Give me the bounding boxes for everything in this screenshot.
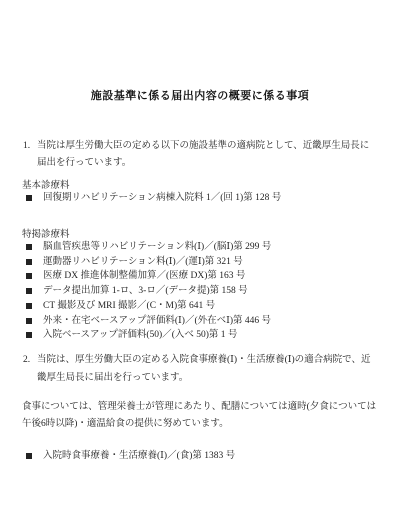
document-title: 施設基準に係る届出内容の概要に係る事項 xyxy=(0,87,400,103)
list-item-text: 脳血管疾患等リハビリテーション料(Ⅰ)／(脳Ⅰ)第 299 号 xyxy=(43,240,271,255)
bullet-square-icon xyxy=(26,303,32,309)
meal-service-note: 食事については、管理栄養士が管理にあたり、配膳については適時(夕食については午後… xyxy=(22,399,380,432)
list-item: 入院時食事療養・生活療養(Ⅰ)／(食)第 1383 号 xyxy=(26,449,380,464)
bullet-square-icon xyxy=(26,244,32,250)
numbered-paragraph-1: 1. 当院は厚生労働大臣の定める以下の施設基準の適病院として、近畿厚生局長に届出… xyxy=(23,138,378,172)
bullet-square-icon xyxy=(26,195,32,201)
food-fees-list: 入院時食事療養・生活療養(Ⅰ)／(食)第 1383 号 xyxy=(26,449,380,464)
bullet-square-icon xyxy=(26,259,32,265)
special-fees-list: 脳血管疾患等リハビリテーション料(Ⅰ)／(脳Ⅰ)第 299 号 運動器リハビリテ… xyxy=(26,240,380,343)
list-item: 回復期リハビリテーション病棟入院料 1／(回 1)第 128 号 xyxy=(26,191,380,206)
document-page: 施設基準に係る届出内容の概要に係る事項 1. 当院は厚生労働大臣の定める以下の施… xyxy=(0,0,400,528)
paragraph-text: 当院は、厚生労働大臣の定める入院食事療養(Ⅰ)・生活療養(Ⅰ)の適合病院で、近畿… xyxy=(37,351,378,387)
list-item-text: 入院時食事療養・生活療養(Ⅰ)／(食)第 1383 号 xyxy=(43,449,235,464)
list-item-text: 外来・在宅ベースアップ評価料(Ⅰ)／(外在ベⅠ)第 446 号 xyxy=(43,314,271,329)
list-item-text: 入院ベースアップ評価料(50)／(入べ 50)第 1 号 xyxy=(43,328,237,343)
list-item: 外来・在宅ベースアップ評価料(Ⅰ)／(外在ベⅠ)第 446 号 xyxy=(26,314,380,329)
list-item: データ提出加算 1-ロ、3-ロ／(データ提)第 158 号 xyxy=(26,284,380,299)
list-item-text: CT 撮影及び MRI 撮影／(C・M)第 641 号 xyxy=(43,299,215,314)
paragraph-text: 当院は厚生労働大臣の定める以下の施設基準の適病院として、近畿厚生局長に届出を行っ… xyxy=(37,138,378,172)
paragraph-number: 1. xyxy=(23,138,37,172)
list-item: 運動器リハビリテーション料(Ⅰ)／(運Ⅰ)第 321 号 xyxy=(26,255,380,270)
list-item: 入院ベースアップ評価料(50)／(入べ 50)第 1 号 xyxy=(26,328,380,343)
bullet-square-icon xyxy=(26,273,32,279)
list-item-text: 回復期リハビリテーション病棟入院料 1／(回 1)第 128 号 xyxy=(43,191,281,206)
list-item-text: データ提出加算 1-ロ、3-ロ／(データ提)第 158 号 xyxy=(43,284,248,299)
bullet-square-icon xyxy=(26,453,32,459)
list-item-text: 医療 DX 推進体制整備加算／(医療 DX)第 163 号 xyxy=(43,269,245,284)
list-item: 脳血管疾患等リハビリテーション料(Ⅰ)／(脳Ⅰ)第 299 号 xyxy=(26,240,380,255)
numbered-paragraph-2: 2. 当院は、厚生労働大臣の定める入院食事療養(Ⅰ)・生活療養(Ⅰ)の適合病院で… xyxy=(23,351,378,387)
section-heading-special-fees: 特掲診療料 xyxy=(22,226,70,240)
basic-fees-list: 回復期リハビリテーション病棟入院料 1／(回 1)第 128 号 xyxy=(26,191,380,206)
section-heading-basic-fees: 基本診療料 xyxy=(22,177,70,191)
list-item: CT 撮影及び MRI 撮影／(C・M)第 641 号 xyxy=(26,299,380,314)
bullet-square-icon xyxy=(26,288,32,294)
bullet-square-icon xyxy=(26,332,32,338)
list-item-text: 運動器リハビリテーション料(Ⅰ)／(運Ⅰ)第 321 号 xyxy=(43,255,243,270)
paragraph-number: 2. xyxy=(23,351,37,387)
list-item: 医療 DX 推進体制整備加算／(医療 DX)第 163 号 xyxy=(26,269,380,284)
bullet-square-icon xyxy=(26,318,32,324)
